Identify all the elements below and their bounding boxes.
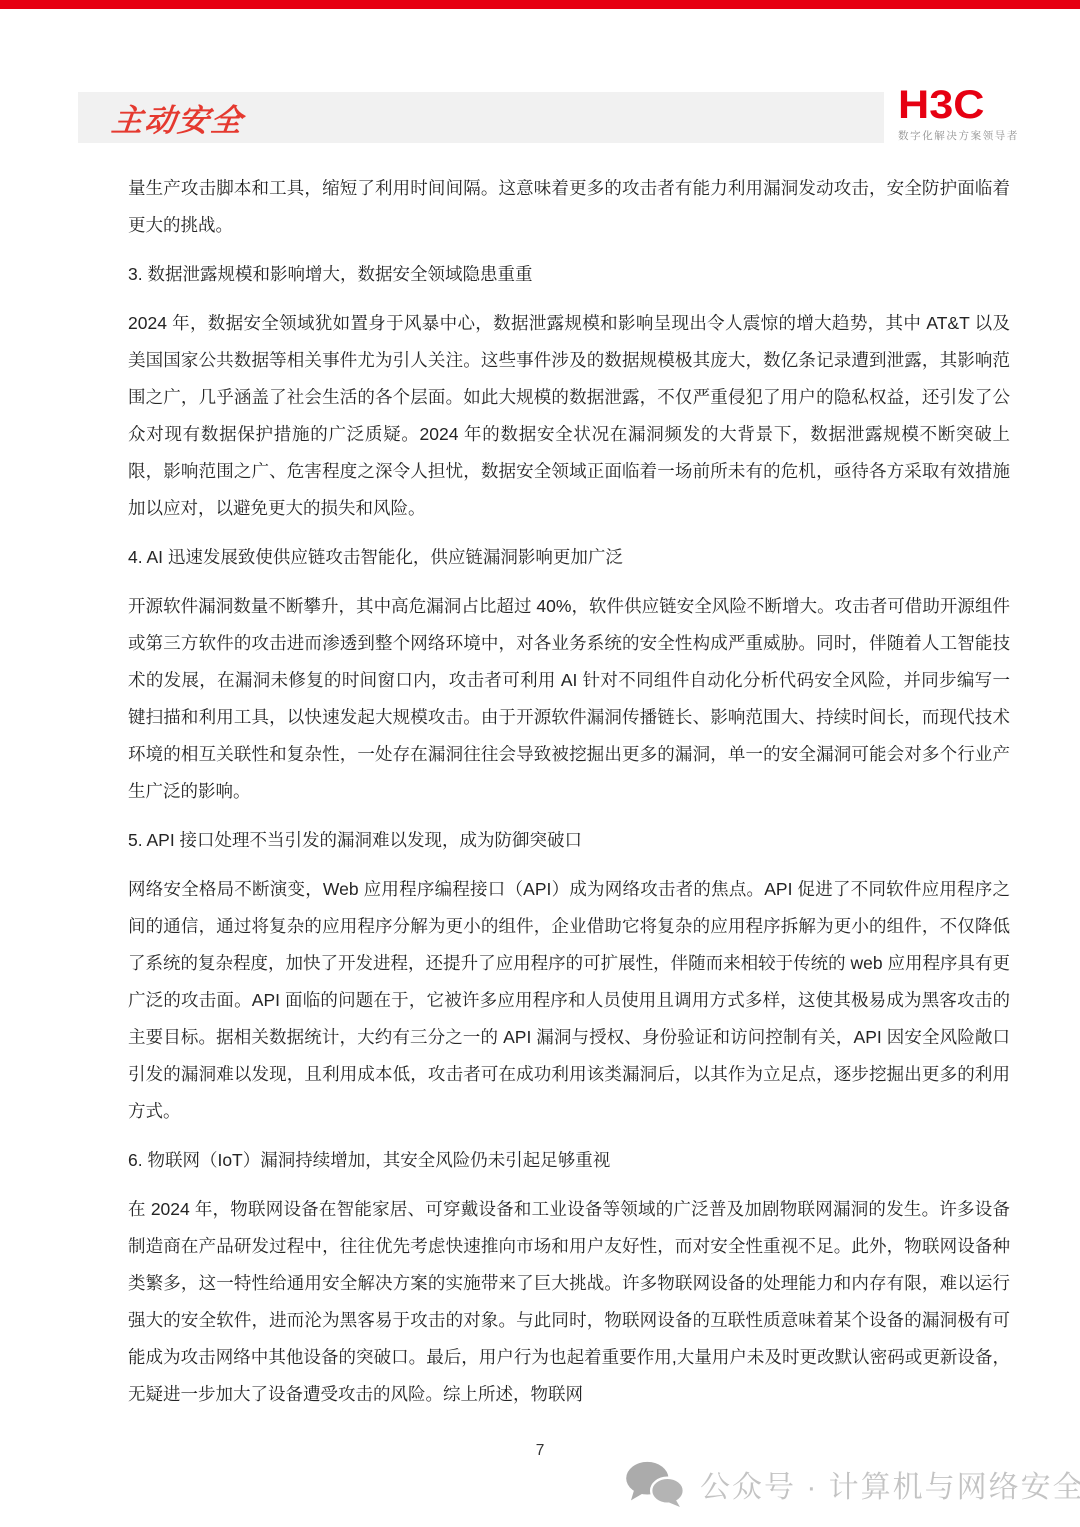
section-heading: 3. 数据泄露规模和影响增大，数据安全领域隐患重重 [128, 256, 1010, 293]
document-body: 量生产攻击脚本和工具，缩短了利用时间间隔。这意味着更多的攻击者有能力利用漏洞发动… [128, 170, 1010, 1425]
header-band: 主动安全 [78, 92, 884, 143]
body-paragraph: 量生产攻击脚本和工具，缩短了利用时间间隔。这意味着更多的攻击者有能力利用漏洞发动… [128, 170, 1010, 244]
h3c-logo-tagline: 数字化解决方案领导者 [898, 128, 1028, 143]
watermark-text: 公众号 · 计算机与网络安全 [700, 1462, 1080, 1506]
section-heading: 5. API 接口处理不当引发的漏洞难以发现，成为防御突破口 [128, 822, 1010, 859]
body-paragraph: 在 2024 年，物联网设备在智能家居、可穿戴设备和工业设备等领域的广泛普及加剧… [128, 1191, 1010, 1413]
banner-title: 主动安全 [110, 95, 247, 140]
section-heading: 4. AI 迅速发展致使供应链攻击智能化，供应链漏洞影响更加广泛 [128, 539, 1010, 576]
body-paragraph: 网络安全格局不断演变，Web 应用程序编程接口（API）成为网络攻击者的焦点。A… [128, 871, 1010, 1130]
page-number: 7 [0, 1442, 1080, 1460]
section-heading: 6. 物联网（IoT）漏洞持续增加，其安全风险仍未引起足够重视 [128, 1142, 1010, 1179]
watermark: 公众号 · 计算机与网络安全 [624, 1460, 1080, 1508]
body-paragraph: 开源软件漏洞数量不断攀升，其中高危漏洞占比超过 40%，软件供应链安全风险不断增… [128, 588, 1010, 810]
wechat-icon [624, 1460, 686, 1508]
h3c-logo: H3C 数字化解决方案领导者 [898, 88, 1028, 143]
h3c-logo-text: H3C [898, 88, 1038, 122]
top-accent-bar [0, 0, 1080, 9]
document-page: { "brand": { "accent_color": "#e60012", … [0, 0, 1080, 1527]
body-paragraph: 2024 年，数据安全领域犹如置身于风暴中心，数据泄露规模和影响呈现出令人震惊的… [128, 305, 1010, 527]
